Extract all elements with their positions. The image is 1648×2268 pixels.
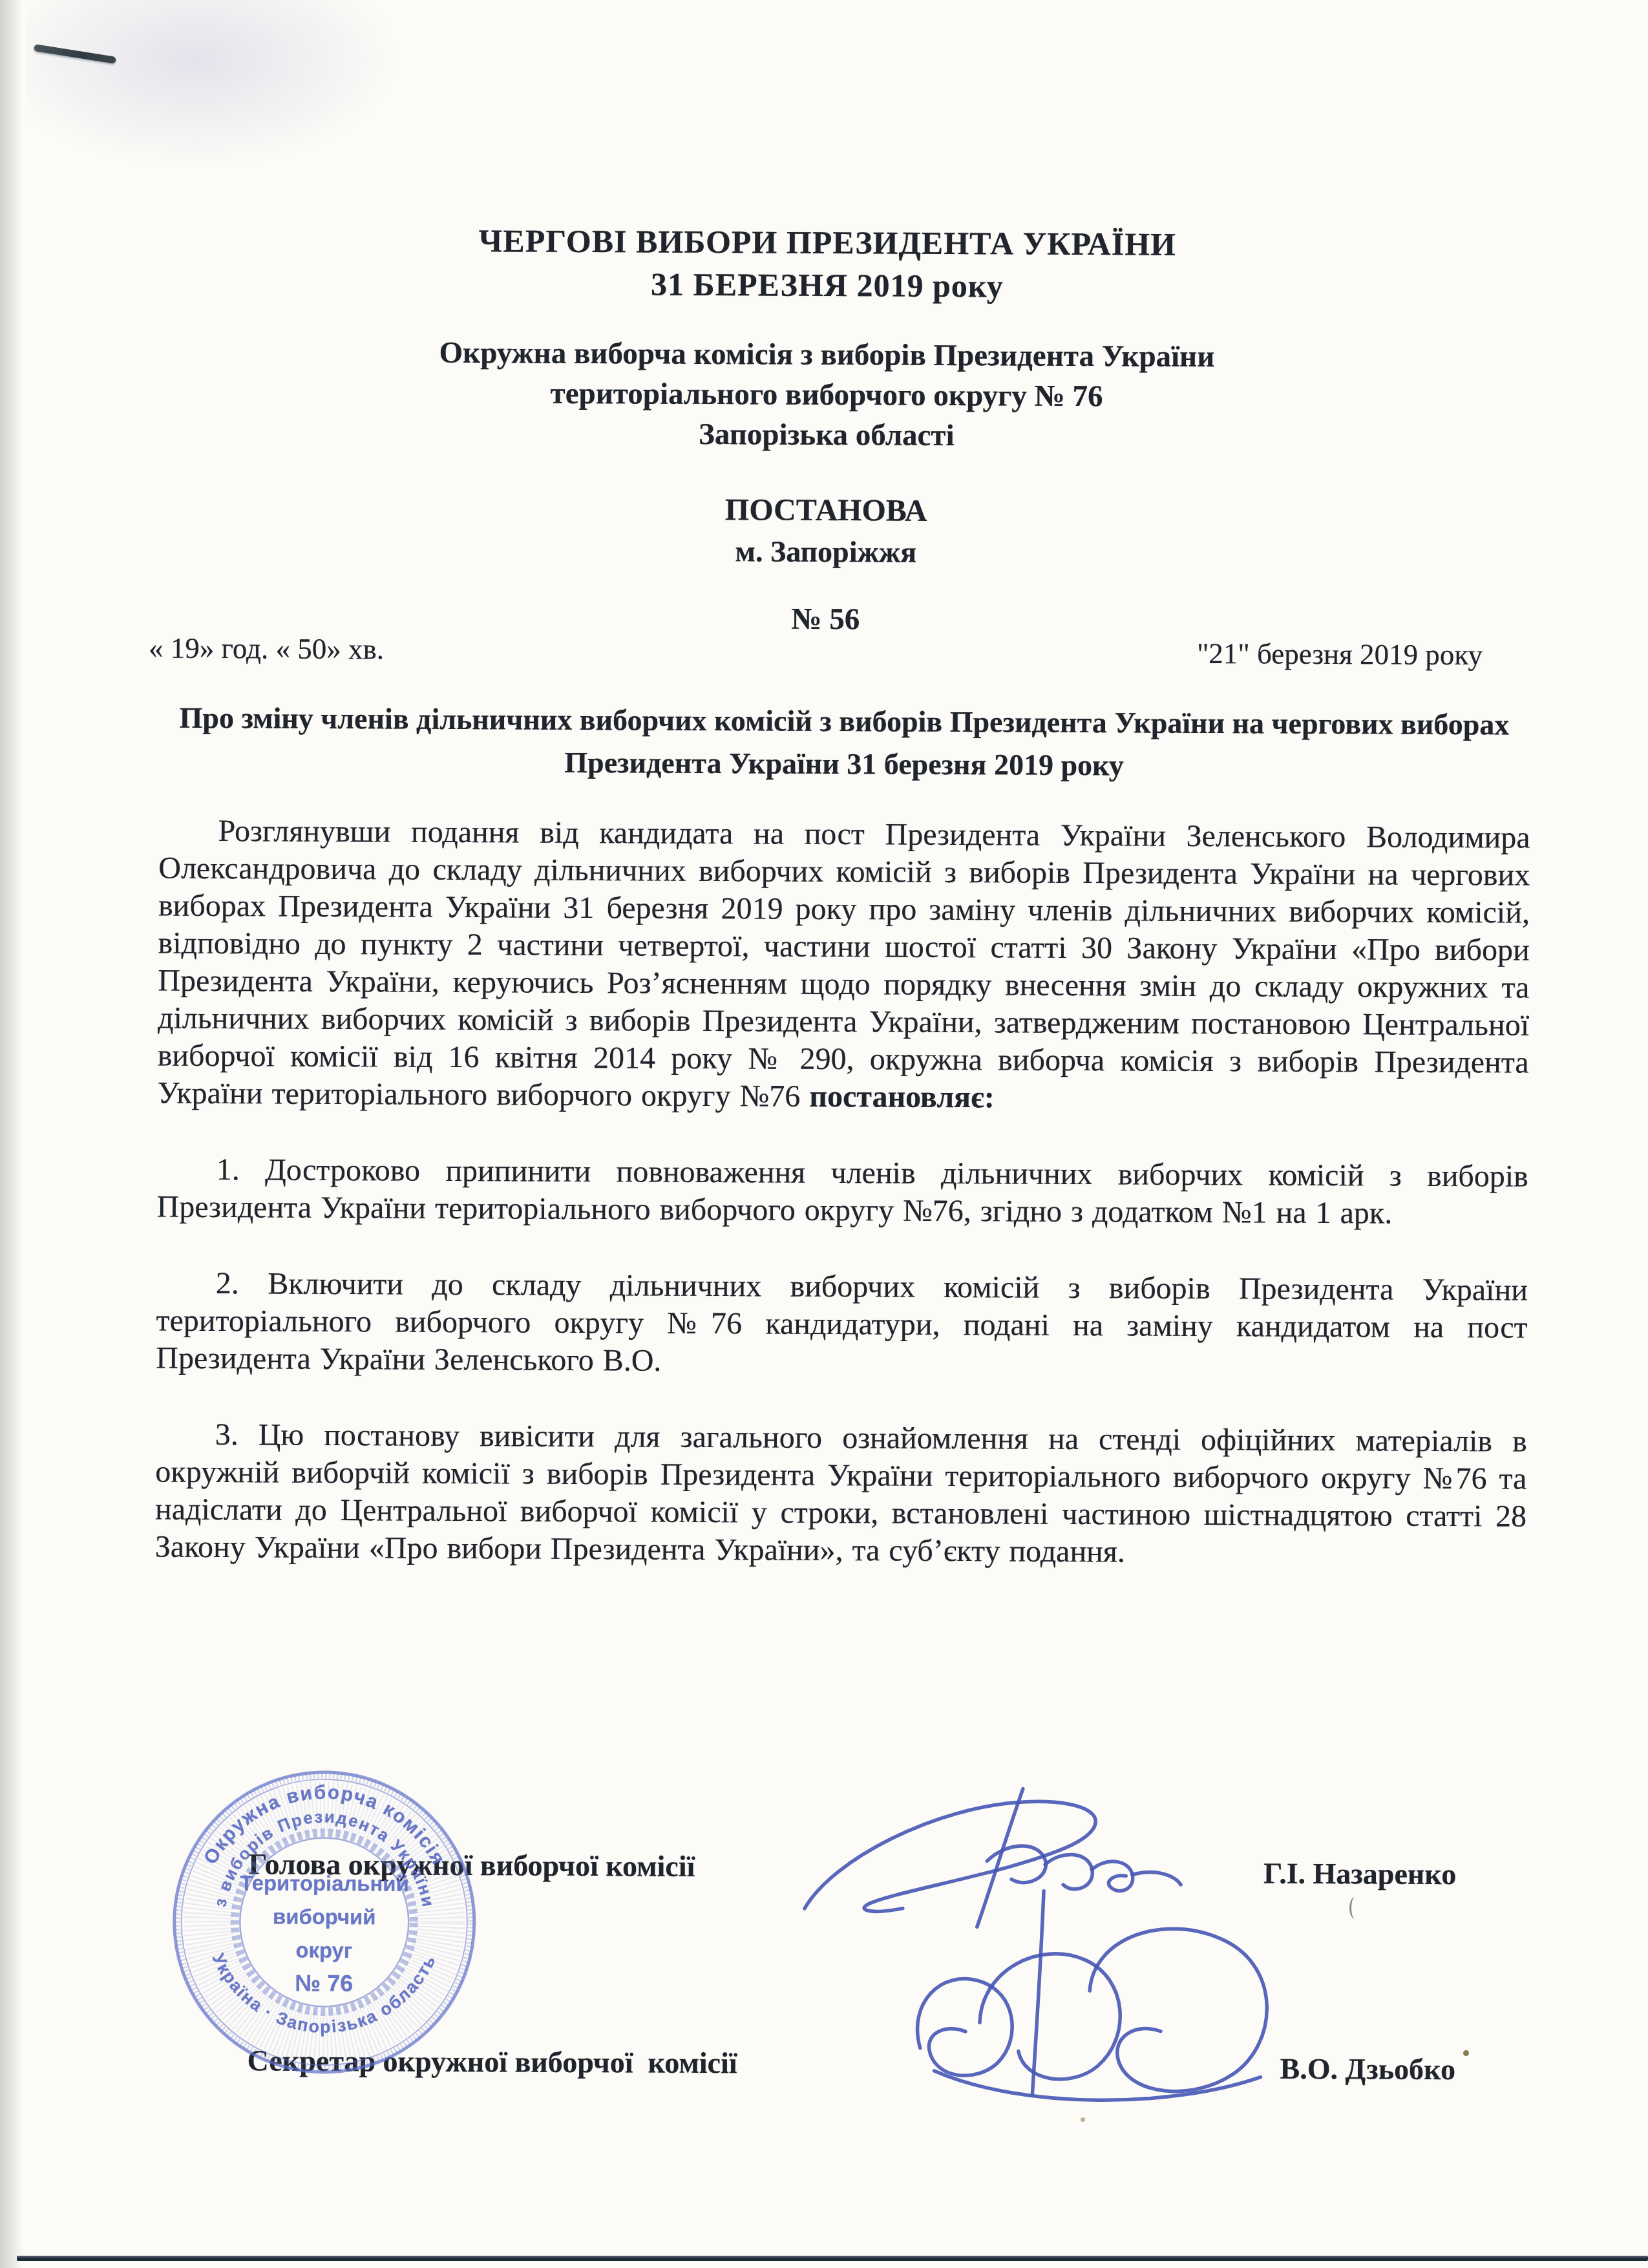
round-stamp: Окружна виборча комісія з виборів Презид… [165,1764,483,2081]
document-time: « 19» год. « 50» хв. [149,631,384,666]
resolution-item-3: 3. Цю постанову вивісити для загального … [155,1416,1527,1573]
document-date: "21" березня 2019 року [1197,637,1483,672]
document-content: ЧЕРГОВІ ВИБОРИ ПРЕЗИДЕНТА УКРАЇНИ 31 БЕР… [0,0,1648,2268]
election-header-line2: 31 БЕРЕЗНЯ 2019 року [3,259,1648,310]
resolution-item-1: 1. Достроково припинити повноваження чле… [156,1151,1528,1233]
scanned-document-page: ЧЕРГОВІ ВИБОРИ ПРЕЗИДЕНТА УКРАЇНИ 31 БЕР… [0,0,1648,2268]
subject-title: Про зміну членів дільничних виборчих ком… [178,697,1510,789]
signature-stroke [1089,1929,1267,2092]
signature-stroke [917,1978,1012,2075]
intro-paragraph-resolves: постановляє: [809,1079,995,1114]
signature-stroke [1032,1891,1044,2094]
commission-line3: Запорізька області [3,410,1648,459]
resolution-item-2: 2. Включити до складу дільничних виборчи… [156,1265,1528,1384]
meta-row: « 19» год. « 50» хв. "21" березня 2019 р… [149,631,1483,672]
signature-stroke [1045,1854,1092,1889]
signature-name-secretary: В.О. Дзьобко [1280,2051,1455,2086]
intro-paragraph: Розглянувши подання від кандидата на пос… [157,812,1530,1119]
stamp-center-line2: виборчий [273,1905,376,1929]
signature-stroke [1092,1861,1133,1891]
document-city: м. Запоріжжя [2,530,1648,573]
signature-name-head: Г.І. Назаренко [1263,1856,1456,1892]
stamp-center-line3: округ [295,1938,352,1962]
resolution-body: Розглянувши подання від кандидата на пос… [154,812,1530,1612]
election-header: ЧЕРГОВІ ВИБОРИ ПРЕЗИДЕНТА УКРАЇНИ 31 БЕР… [3,217,1648,310]
stamp-center-line1: Територіальний [240,1871,409,1895]
stamp-center-line4: № 76 [295,1970,353,1996]
secretary-signature-ink [889,1887,1304,2129]
signature-stroke [1132,1872,1181,1884]
commission-name: Окружна виборча комісія з виборів Презид… [3,330,1648,459]
document-type-title: ПОСТАНОВА [2,488,1648,532]
intro-paragraph-text: Розглянувши подання від кандидата на пос… [157,814,1530,1114]
